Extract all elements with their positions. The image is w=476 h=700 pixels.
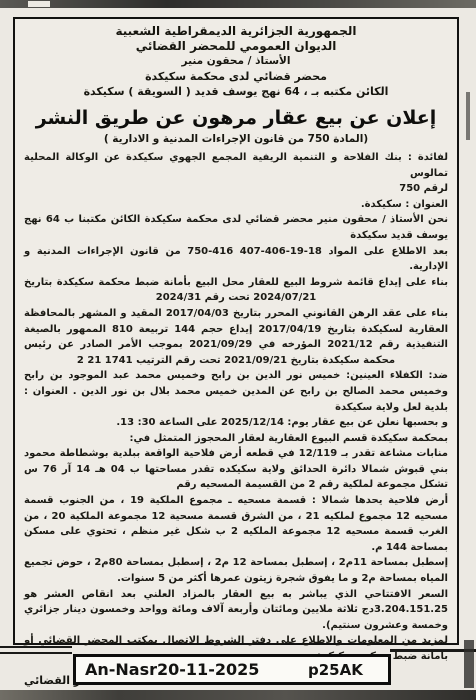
body-paragraph-outbuildings: إسطبل بمساحة 11م2 ، إسطبل بمساحة 12 م2 ،… (24, 555, 448, 586)
scan-artifact-bottom-right (464, 640, 474, 688)
body-paragraph-bailiff: نحن الأستاذ / محقون منير محضر قضائي لدى … (24, 212, 448, 243)
body-paragraph-court-section: بمحكمة سكيكدة قسم البيوع العقارية لعقار … (24, 431, 448, 447)
body-paragraph-deposit: بناء على إيداع قائمة شروط البيع للعقار م… (24, 275, 448, 306)
header-bailiff-name: الأستاذ / محقون منير (24, 54, 448, 69)
header-office-address: الكائن مكتبه بـ ، 64 نهج يوسف قديد ( الس… (24, 84, 448, 99)
scan-artifact-right (466, 92, 470, 140)
header-republic-line: الجمهورية الجزائرية الديمقراطية الشعبية (24, 24, 448, 39)
legal-notice-frame: الجمهورية الجزائرية الديمقراطية الشعبية … (13, 17, 459, 645)
notice-title: إعلان عن بيع عقار مرهون عن طريق النشر (24, 106, 448, 130)
publication-page-code: p25AK (308, 661, 363, 679)
notice-body: لفائدة : بنك الفلاحة و التنمية الريفية ا… (24, 150, 448, 665)
body-paragraph-defendants: ضد: الكفلاء العينين: خميس نور الدين بن ر… (24, 368, 448, 415)
body-paragraph-opening-price: السعر الافتتاحي الذي يباشر به بيع العقار… (24, 587, 448, 634)
scan-edge-bottom (0, 690, 476, 700)
notice-subtitle-article: (المادة 750 من قانون الإجراءات المدنية و… (24, 132, 448, 146)
scan-edge-notch (28, 1, 50, 7)
scan-edge-top (0, 0, 476, 8)
body-paragraph-mortgage-deed: بناء على عقد الرهن القانوني المحرر بتاري… (24, 306, 448, 368)
body-paragraph-beneficiary: لفائدة : بنك الفلاحة و التنمية الريفية ا… (24, 150, 448, 181)
scanned-newspaper-clipping: الجمهورية الجزائرية الديمقراطية الشعبية … (0, 0, 476, 700)
publication-source-date: An-Nasr20-11-2025 (85, 660, 259, 679)
body-paragraph-property-shares: منابات مشاعة تقدر بـ 12/119 في قطعه أرض … (24, 446, 448, 493)
header-office-line: الديوان العمومي للمحضر القضائي (24, 39, 448, 54)
body-paragraph-address: العنوان : سكيكدة. (24, 197, 448, 213)
footer-rule-left2 (0, 652, 72, 654)
body-paragraph-number: لرقم 750 (24, 181, 448, 197)
body-paragraph-articles: بعد الاطلاع على المواد 18-19-406-407 416… (24, 244, 448, 275)
body-paragraph-boundaries: أرض فلاحية يحدها شمالا : قسمة مسحيه ـ مج… (24, 493, 448, 555)
header-bailiff-title: محضر قضائي لدى محكمة سكيكدة (24, 69, 448, 84)
body-paragraph-sale-date: و بحسبها نعلن عن بيع عقار يوم: 2025/12/1… (24, 415, 448, 431)
publication-stamp-box: An-Nasr20-11-2025 p25AK (73, 654, 391, 685)
footer-rule-left (0, 646, 72, 648)
